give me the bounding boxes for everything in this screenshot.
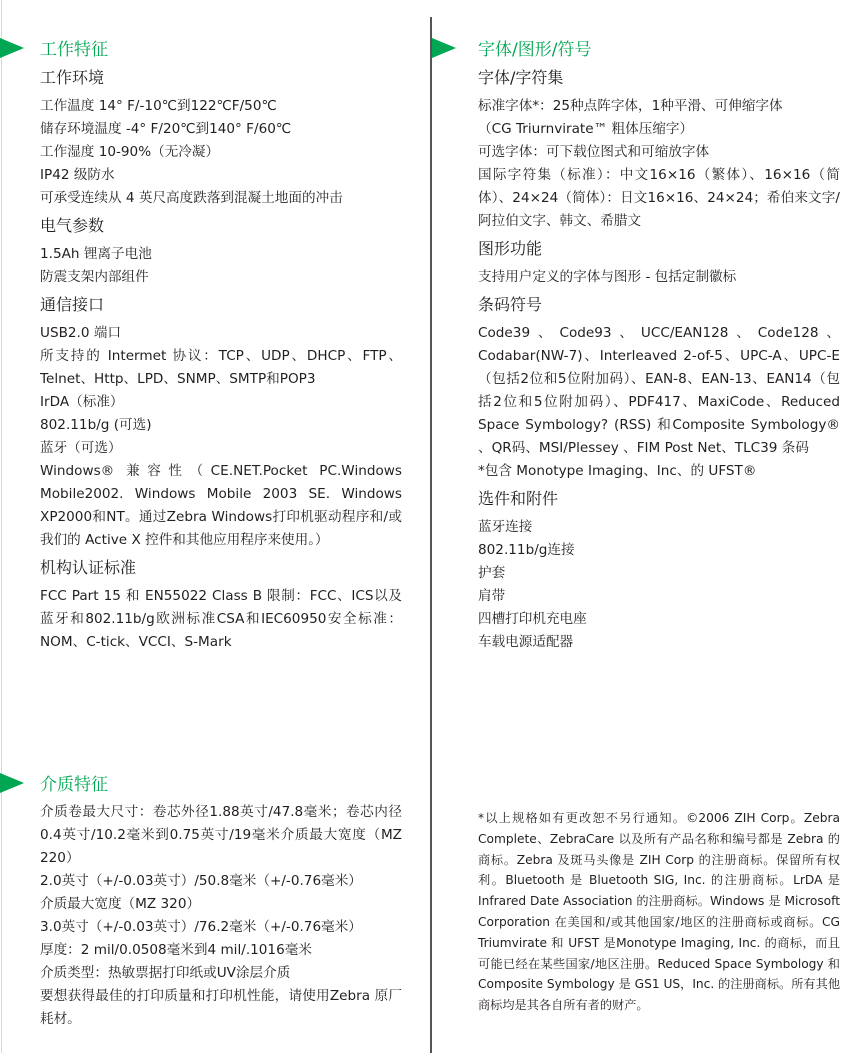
group-heading: 图形功能: [478, 237, 840, 261]
section-arrow-icon: [0, 773, 24, 793]
group-barcodes: 条码符号 Code39、Code93、UCC/EAN128、Code128、Co…: [478, 293, 840, 483]
column-divider: [430, 17, 432, 1053]
spec-line: 储存环境温度 -4° F/20℃到140° F/60℃: [40, 118, 402, 141]
group-heading: 工作环境: [40, 66, 402, 90]
spec-line: 1.5Ah 锂离子电池: [40, 243, 402, 266]
spec-line: 蓝牙连接: [478, 516, 840, 539]
section-title-work-features: 工作特征: [40, 38, 402, 62]
spec-line: *包含 Monotype Imaging、Inc、的 UFST®: [478, 460, 840, 483]
spec-line: 支持用户定义的字体与图形 - 包括定制徽标: [478, 266, 840, 289]
spec-line: 工作温度 14° F/-10℃到122℃F/50℃: [40, 95, 402, 118]
spec-line: 介质卷最大尺寸：卷芯外径1.88英寸/47.8毫米；卷芯内径0.4英寸/10.2…: [40, 801, 402, 870]
spec-line: 厚度：2 mil/0.0508毫米到4 mil/.1016毫米: [40, 939, 402, 962]
trademark-footnote: *以上规格如有更改恕不另行通知。©2006 ZIH Corp。Zebra Com…: [478, 808, 840, 1016]
spec-line: 802.11b/g (可选): [40, 414, 402, 437]
spec-line: 肩带: [478, 585, 840, 608]
section-arrow-icon: [432, 38, 456, 58]
spec-line: 四槽打印机充电座: [478, 608, 840, 631]
spec-line: （CG Triurnvirate™ 粗体压缩字）: [478, 118, 840, 141]
section-title-media-features: 介质特征: [40, 773, 402, 797]
group-communication: 通信接口 USB2.0 端口 所支持的 Intermet 协议：TCP、UDP、…: [40, 293, 402, 552]
section-arrow-icon: [0, 38, 24, 58]
spec-line: IP42 级防水: [40, 164, 402, 187]
spec-line: 802.11b/g连接: [478, 539, 840, 562]
section-title-fonts-graphics-symbols: 字体/图形/符号: [478, 38, 840, 62]
spec-line: 标准字体*：25种点阵字体，1种平滑、可伸缩字体: [478, 95, 840, 118]
left-column: 工作特征 工作环境 工作温度 14° F/-10℃到122℃F/50℃ 储存环境…: [40, 38, 402, 658]
spec-line: 介质最大宽度（MZ 320）: [40, 893, 402, 916]
spec-line: FCC Part 15 和 EN55022 Class B 限制：FCC、ICS…: [40, 585, 402, 654]
spec-line: 要想获得最佳的打印质量和打印机性能，请使用Zebra 原厂耗材。: [40, 985, 402, 1031]
spec-line: 国际字符集（标准）：中文16×16（繁体）、16×16（简体）、24×24（简体…: [478, 164, 840, 233]
group-work-environment: 工作环境 工作温度 14° F/-10℃到122℃F/50℃ 储存环境温度 -4…: [40, 66, 402, 210]
page-left-edge: [1, 0, 2, 1053]
spec-line: 可选字体：可下载位图式和可缩放字体: [478, 141, 840, 164]
right-column: 字体/图形/符号 字体/字符集 标准字体*：25种点阵字体，1种平滑、可伸缩字体…: [478, 38, 840, 658]
group-fonts: 字体/字符集 标准字体*：25种点阵字体，1种平滑、可伸缩字体 （CG Triu…: [478, 66, 840, 233]
group-heading: 字体/字符集: [478, 66, 840, 90]
group-heading: 选件和附件: [478, 487, 840, 511]
group-graphics: 图形功能 支持用户定义的字体与图形 - 包括定制徽标: [478, 237, 840, 289]
spec-line: 2.0英寸（+/-0.03英寸）/50.8毫米（+/-0.76毫米）: [40, 870, 402, 893]
group-heading: 条码符号: [478, 293, 840, 317]
group-heading: 机构认证标准: [40, 556, 402, 580]
spec-line: Code39、Code93、UCC/EAN128、Code128、Codabar…: [478, 322, 840, 460]
spec-line: 护套: [478, 562, 840, 585]
spec-line: 防震支架内部组件: [40, 266, 402, 289]
spec-line: 车载电源适配器: [478, 631, 840, 654]
spec-line: Windows® 兼容性（CE.NET.Pocket PC.Windows Mo…: [40, 460, 402, 552]
spec-line: 可承受连续从 4 英尺高度跌落到混凝土地面的冲击: [40, 187, 402, 210]
group-heading: 电气参数: [40, 214, 402, 238]
group-heading: 通信接口: [40, 293, 402, 317]
spec-line: 介质类型：热敏票据打印纸或UV涂层介质: [40, 962, 402, 985]
group-options-accessories: 选件和附件 蓝牙连接 802.11b/g连接 护套 肩带 四槽打印机充电座 车载…: [478, 487, 840, 654]
spec-line: 3.0英寸（+/-0.03英寸）/76.2毫米（+/-0.76毫米）: [40, 916, 402, 939]
spec-line: 蓝牙（可选）: [40, 437, 402, 460]
spec-line: IrDA（标准）: [40, 391, 402, 414]
spec-line: 工作湿度 10-90%（无冷凝）: [40, 141, 402, 164]
spec-line: USB2.0 端口: [40, 322, 402, 345]
media-section: 介质特征 介质卷最大尺寸：卷芯外径1.88英寸/47.8毫米；卷芯内径0.4英寸…: [40, 773, 402, 1031]
group-certifications: 机构认证标准 FCC Part 15 和 EN55022 Class B 限制：…: [40, 556, 402, 654]
group-electrical: 电气参数 1.5Ah 锂离子电池 防震支架内部组件: [40, 214, 402, 289]
spec-line: 所支持的 Intermet 协议：TCP、UDP、DHCP、FTP、Telnet…: [40, 345, 402, 391]
